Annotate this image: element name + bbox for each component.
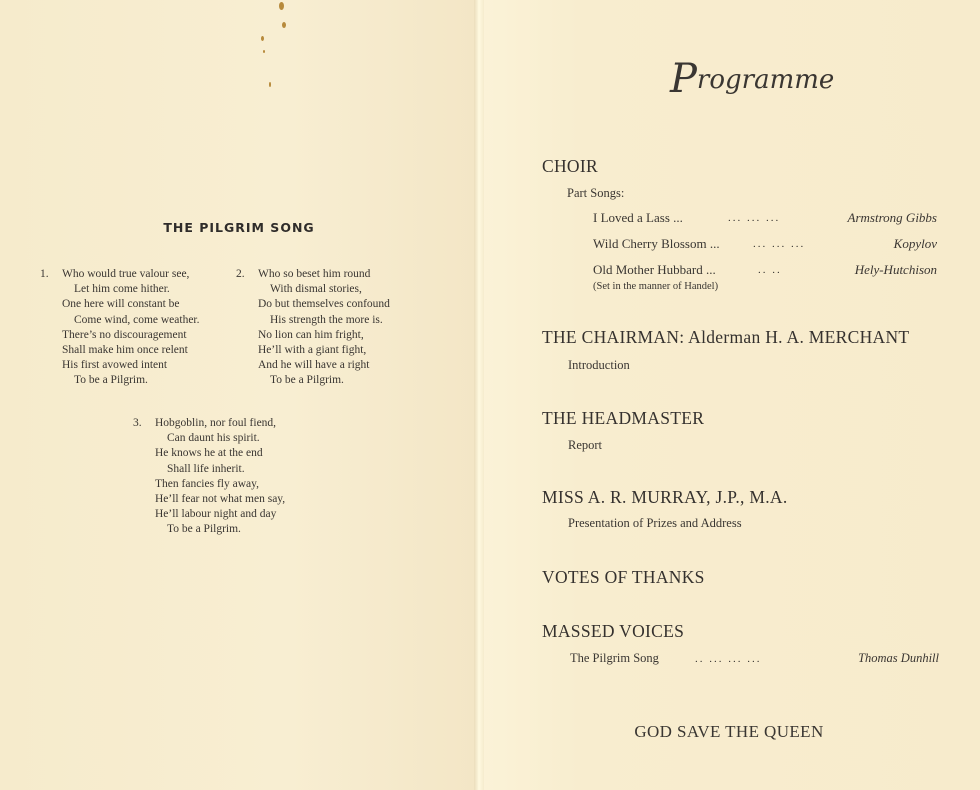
section-votes-heading: VOTES OF THANKS [542,567,705,588]
item-composer: Thomas Dunhill [858,651,939,666]
verse-3: 3. Hobgoblin, nor foul fiend,Can daunt h… [133,416,285,538]
item-title: The Pilgrim Song [570,651,659,666]
verse-line: Let him come hither. [62,282,200,297]
song-title: THE PILGRIM SONG [0,220,478,235]
section-massed-heading: MASSED VOICES [542,621,684,642]
verse-number: 2. [236,267,245,282]
stain-mark [269,82,271,87]
verse-line: His first avowed intent [62,358,200,373]
verse-line: Can daunt his spirit. [155,431,285,446]
verse-2: 2. Who so beset him roundWith dismal sto… [236,267,390,389]
programme-item: Old Mother Hubbard ... .. .. Hely-Hutchi… [593,262,937,278]
stain-mark [279,2,284,10]
programme-item: Wild Cherry Blossom ... ... ... ... Kopy… [593,236,937,252]
verse-line: Then fancies fly away, [155,477,285,492]
left-page [0,0,478,790]
verse-line: He’ll fear not what men say, [155,492,285,507]
item-note: (Set in the manner of Handel) [593,281,718,292]
item-title: I Loved a Lass ... [593,210,683,226]
item-composer: Hely-Hutchison [855,262,937,278]
verse-line: Shall life inherit. [155,462,285,477]
verse-line: Do but themselves confound [258,297,390,312]
programme-title: Programme [670,52,834,98]
verse-line: To be a Pilgrim. [258,373,390,388]
section-headmaster-heading: THE HEADMASTER [542,408,704,429]
verse-line: He knows he at the end [155,446,285,461]
verse-number: 3. [133,416,142,431]
verse-line: Come wind, come weather. [62,313,200,328]
right-page [478,0,980,790]
verse-line: He’ll labour night and day [155,507,285,522]
verse-line: No lion can him fright, [258,328,390,343]
verse-number: 1. [40,267,49,282]
verse-line: There’s no discouragement [62,328,200,343]
stain-mark [282,22,286,28]
section-chairman-heading: THE CHAIRMAN: Alderman H. A. MERCHANT [542,327,909,348]
item-leader-dots: .. ... ... ... [695,653,762,665]
verse-1: 1. Who would true valour see,Let him com… [40,267,200,389]
verse-line: To be a Pilgrim. [62,373,200,388]
verse-line: To be a Pilgrim. [155,522,285,537]
item-title: Old Mother Hubbard ... [593,262,716,278]
section-guest-sub: Presentation of Prizes and Address [568,516,742,531]
verse-line: Hobgoblin, nor foul fiend, [155,416,285,431]
section-headmaster-sub: Report [568,438,602,453]
closing-anthem: GOD SAVE THE QUEEN [478,722,980,742]
verse-line: One here will constant be [62,297,200,312]
verse-line: His strength the more is. [258,313,390,328]
item-composer: Kopylov [894,236,937,252]
page-fold [474,0,484,790]
item-leader-dots: ... ... ... [728,212,780,224]
verse-lines: Who would true valour see,Let him come h… [62,267,200,389]
section-chairman-sub: Introduction [568,358,630,373]
verse-line: He’ll with a giant fight, [258,343,390,358]
item-title: Wild Cherry Blossom ... [593,236,720,252]
stain-mark [263,50,265,53]
verse-line: Who would true valour see, [62,267,200,282]
item-leader-dots: .. .. [758,264,782,276]
verse-lines: Hobgoblin, nor foul fiend,Can daunt his … [155,416,285,538]
programme-title-initial: P [670,56,697,102]
verse-line: And he will have a right [258,358,390,373]
verse-line: Who so beset him round [258,267,390,282]
section-guest-heading: MISS A. R. MURRAY, J.P., M.A. [542,487,788,508]
verse-line: With dismal stories, [258,282,390,297]
programme-item: I Loved a Lass ... ... ... ... Armstrong… [593,210,937,226]
stain-mark [261,36,264,41]
verse-lines: Who so beset him roundWith dismal storie… [258,267,390,389]
programme-item: The Pilgrim Song .. ... ... ... Thomas D… [570,651,939,666]
part-songs-label: Part Songs: [567,186,624,201]
item-composer: Armstrong Gibbs [848,210,937,226]
programme-title-rest: rogramme [697,65,834,95]
verse-line: Shall make him once relent [62,343,200,358]
section-choir-heading: CHOIR [542,156,598,177]
item-leader-dots: ... ... ... [753,238,805,250]
